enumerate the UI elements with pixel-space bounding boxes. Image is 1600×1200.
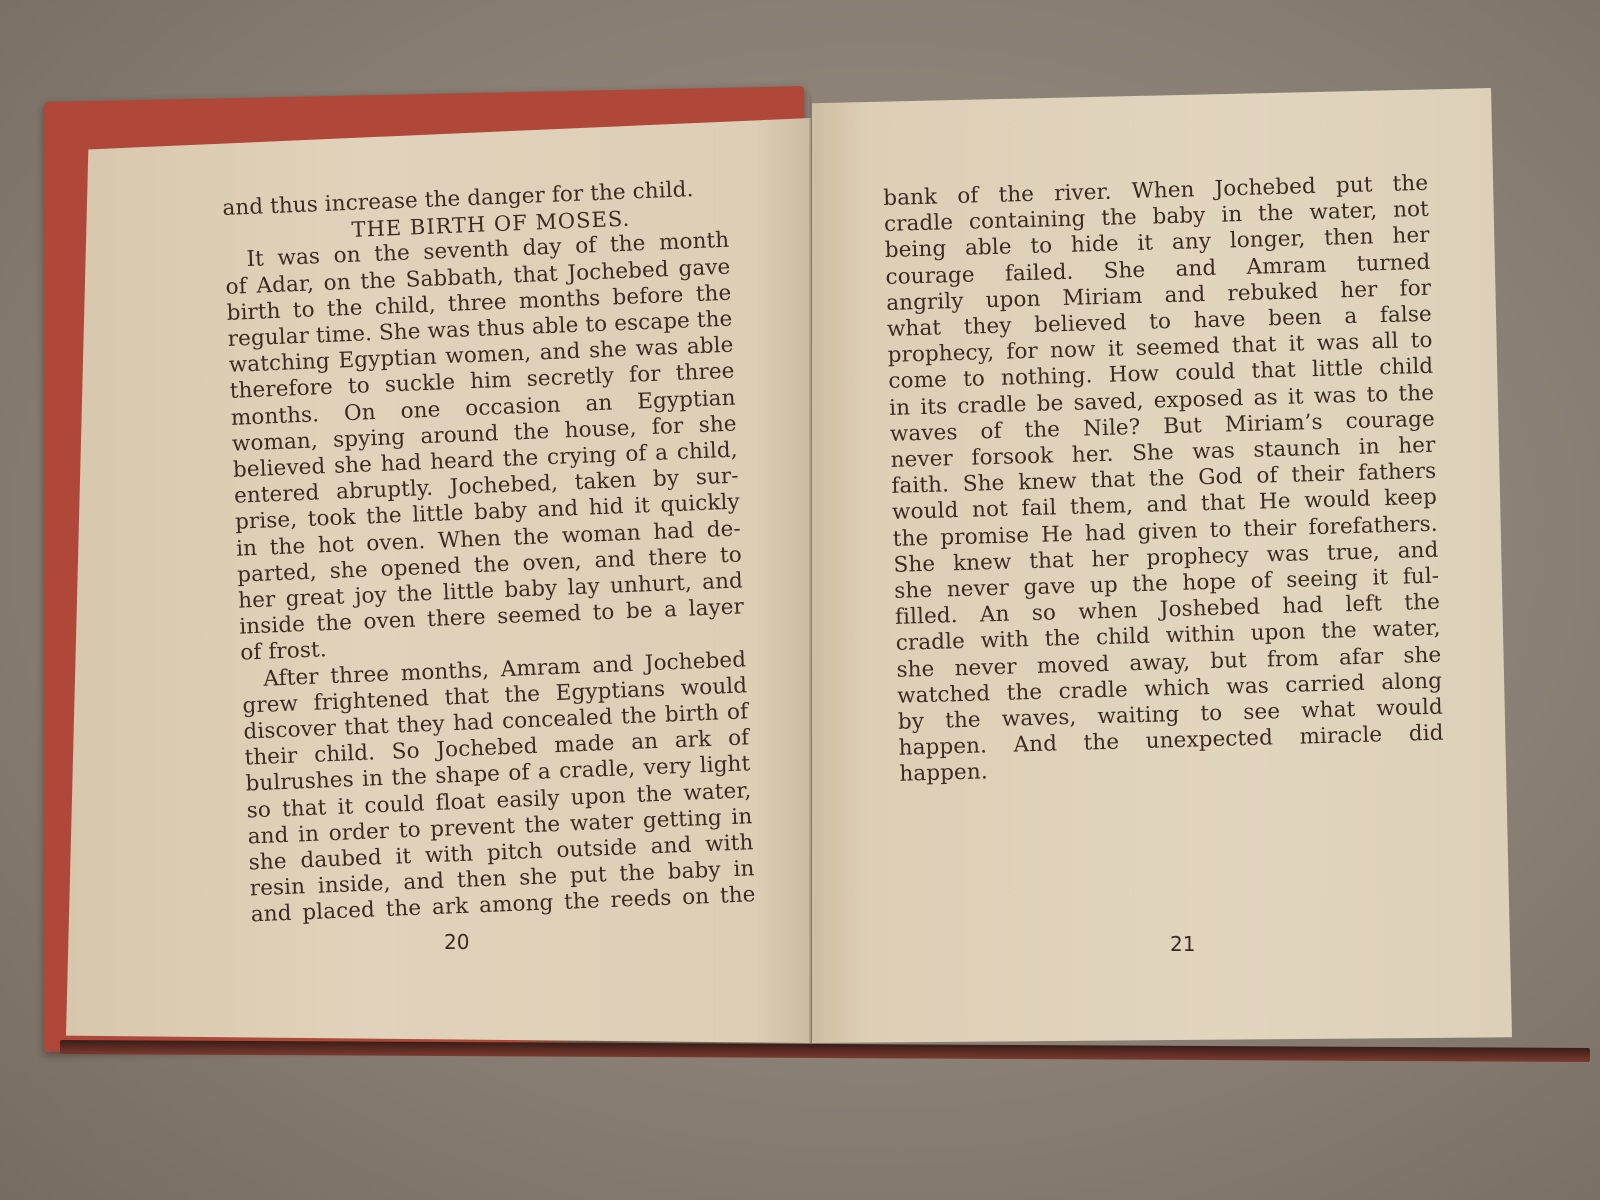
book-gutter: [809, 96, 812, 1044]
right-page-text: bank of the river. When Jochebed put the…: [883, 171, 1445, 789]
left-page-text: and thus increase the danger for the chi…: [222, 176, 756, 929]
page-number-right: 21: [1170, 932, 1195, 956]
page-number-left: 20: [444, 930, 469, 954]
